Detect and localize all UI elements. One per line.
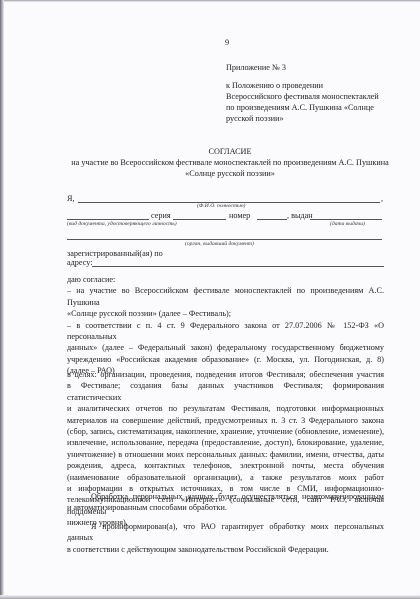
purposes-line: (наименование образовательной организаци…: [67, 472, 384, 483]
consent-block: даю согласие: – на участие во Всероссийс…: [67, 274, 384, 377]
document-title: СОГЛАСИЕ: [0, 146, 420, 157]
consent-item2-line: – в соответствии с п. 4 ст. 9 Федерально…: [67, 320, 384, 343]
informed-block: Я проинформирован(а), что РАО гарантируе…: [67, 521, 384, 555]
appendix-line: русской поэзии»: [226, 113, 379, 124]
series-field[interactable]: [173, 219, 226, 220]
purposes-line: уничтожение) в отношении моих персональн…: [67, 449, 384, 460]
consent-item1-line2: «Солнце русской поэзии» (далее – Фестива…: [67, 308, 384, 319]
issue-date-hint: (дата выдачи): [330, 221, 365, 228]
appendix-line: Всероссийского фестиваля моноспектаклей: [226, 91, 379, 102]
address-label: адресу:: [67, 257, 93, 268]
ya-end-comma: ,: [381, 193, 383, 204]
appendix-title: Приложение № 3: [226, 62, 379, 73]
purposes-line: и аналитических отчетов по результатам Ф…: [67, 403, 384, 414]
consent-item2-line: учреждению «Российская академия образова…: [67, 354, 384, 365]
issuer-field[interactable]: [67, 239, 382, 240]
issue-date-field[interactable]: [310, 219, 382, 220]
fio-hint: (Ф.И.О. полностью): [197, 203, 245, 210]
number-label: номер: [229, 210, 250, 221]
purposes-line: в целях: организации, проведения, подвед…: [67, 369, 384, 380]
document-subtitle-line1: на участие во Всероссийском фестивале мо…: [0, 157, 420, 168]
issued-label: , выдан: [287, 210, 313, 221]
consent-item2-line: данных» (далее – Федеральный закон) феде…: [67, 342, 384, 353]
series-label: серия: [151, 210, 171, 221]
purposes-line: рождения, адреса, контактных телефонов, …: [67, 460, 384, 471]
purposes-line: материалов на совершение действий, преду…: [67, 415, 384, 426]
appendix-line: по произведениям А.С. Пушкина «Солнце: [226, 102, 379, 113]
doc-type-hint: (вид документа, удостоверяющего личность…: [67, 221, 177, 228]
appendix-line: к Положению о проведении: [226, 80, 379, 91]
purposes-line: (сбор, запись, систематизация, накоплени…: [67, 426, 384, 437]
informed-line2: в соответствии с действующим законодател…: [67, 544, 384, 555]
doc-type-field[interactable]: [67, 219, 149, 220]
ya-label: Я,: [67, 193, 75, 204]
processing-line2: и автоматизированным способами обработки…: [67, 502, 384, 513]
consent-item1-line1: – на участие во Всероссийском фестивале …: [67, 285, 384, 308]
purposes-line: в Фестивале; создания базы данных участн…: [67, 380, 384, 403]
informed-line1: Я проинформирован(а), что РАО гарантируе…: [67, 521, 384, 544]
number-field[interactable]: [257, 219, 287, 220]
consent-intro: даю согласие:: [67, 274, 384, 285]
processing-line1: Обработка персональных данных будет осущ…: [67, 491, 384, 502]
document-subtitle-line2: «Солнце русской поэзии»: [0, 168, 420, 179]
processing-block: Обработка персональных данных будет осущ…: [67, 491, 384, 514]
page-number: 9: [225, 37, 229, 48]
purposes-line: извлечение, использование, передача (пре…: [67, 437, 384, 448]
address-field[interactable]: [92, 266, 384, 267]
issuer-hint: (орган, выдавший документ): [185, 241, 254, 248]
document-page: 9 Приложение № 3 к Положению о проведени…: [0, 0, 420, 599]
appendix-block: Приложение № 3 к Положению о проведении …: [226, 62, 379, 124]
